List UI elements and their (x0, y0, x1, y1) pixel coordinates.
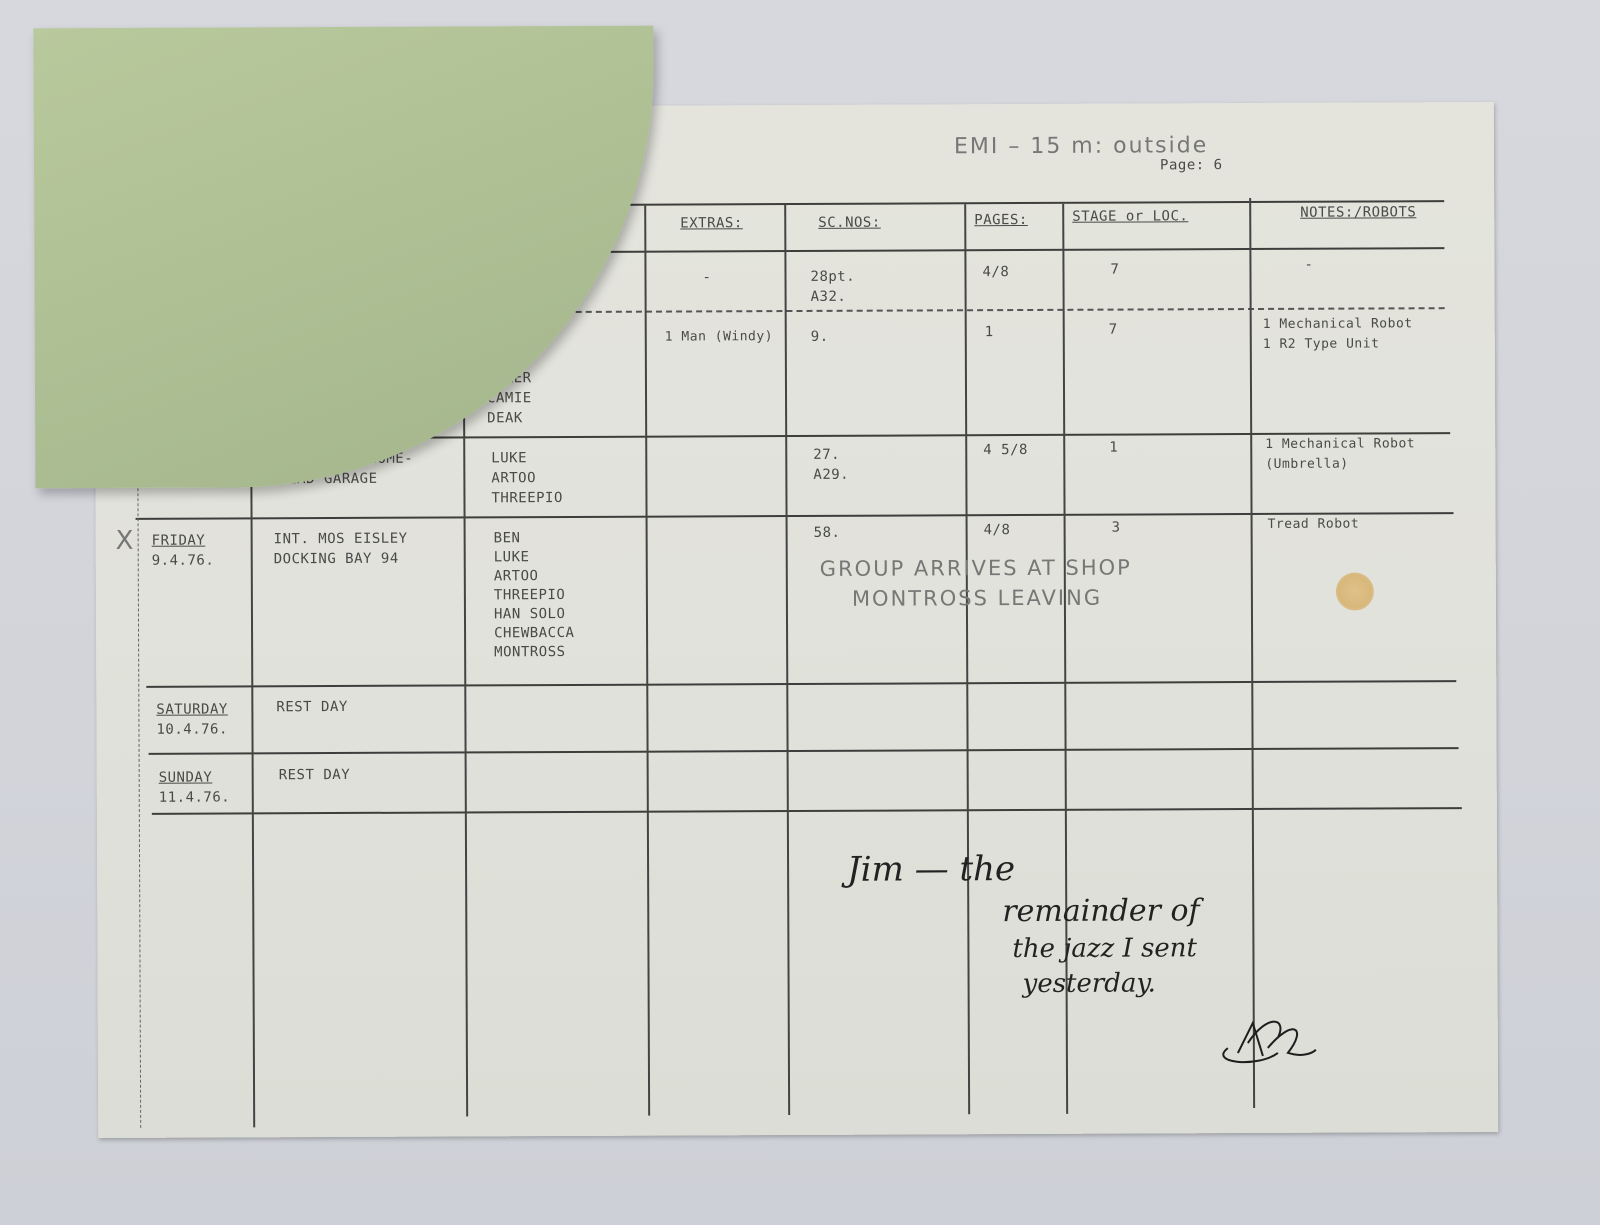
col-header-sc-nos: SC.NOS: (818, 213, 881, 233)
row-scene: 58. (814, 523, 841, 543)
row-stage: 7 (1110, 260, 1119, 280)
handwritten-scene-note: MONTROSS LEAVING (852, 586, 1102, 611)
row-character: THREEPIO (491, 488, 563, 508)
row-stage: 7 (1109, 320, 1118, 340)
row-day: SUNDAY (159, 768, 213, 788)
col-divider (1249, 198, 1254, 1108)
row-day: FRIDAY (152, 531, 206, 551)
row-pages: 4/8 (982, 262, 1009, 282)
row-scene: A32. (811, 287, 847, 307)
row-divider (152, 807, 1462, 815)
row-set: DOCKING BAY 94 (274, 549, 399, 570)
col-header-extras: EXTRAS: (680, 213, 743, 233)
row-set: REST DAY (276, 697, 348, 717)
row-stage: 3 (1112, 518, 1121, 538)
row-pages: 4 5/8 (983, 440, 1028, 460)
row-character: ARTOO (491, 468, 536, 488)
row-day: SATURDAY (156, 699, 228, 719)
col-divider (784, 205, 789, 1115)
row-notes: Tread Robot (1268, 515, 1360, 535)
row-character: BEN (494, 528, 521, 548)
col-header-pages: PAGES: (974, 210, 1028, 230)
row-pages: 4/8 (984, 520, 1011, 540)
row-stage: 1 (1109, 438, 1118, 458)
row-notes: 1 Mechanical Robot (1263, 314, 1413, 335)
row-notes: (Umbrella) (1265, 455, 1348, 475)
row-character: LUKE (494, 547, 530, 567)
row-divider (136, 512, 1454, 520)
row-set: INT. MOS EISLEY (274, 529, 408, 550)
row-character: DEAK (487, 408, 523, 428)
row-extras: 1 Man (Windy) (665, 327, 773, 347)
row-scene: 9. (811, 327, 829, 347)
col-header-notes: NOTES:/ROBOTS (1300, 202, 1416, 223)
row-divider (149, 747, 1459, 755)
schedule-sheet: NO.1. EMI – 15 m: outside Page: 6 SET: C… (94, 102, 1498, 1138)
row-character: THREEPIO (494, 585, 566, 605)
row-divider (146, 680, 1456, 688)
row-date: 9.4.76. (152, 551, 215, 571)
row-notes: 1 R2 Type Unit (1263, 334, 1380, 355)
handwritten-scene-note: GROUP ARRIVES AT SHOP (820, 556, 1132, 581)
row-pages: 1 (985, 322, 994, 342)
row-character: CHEWBACCA (494, 623, 574, 643)
row-notes: - (1304, 255, 1313, 275)
col-header-stage: STAGE or LOC. (1072, 206, 1188, 227)
margin-x-mark: X (116, 526, 134, 556)
message-line: remainder of (1002, 893, 1199, 929)
message-line: Jim — the (847, 849, 1015, 890)
row-scene: A29. (813, 465, 849, 485)
page-label: Page: 6 (1160, 155, 1223, 175)
row-set: REST DAY (279, 765, 351, 785)
message-line: yesterday. (1023, 968, 1156, 999)
row-scene: 27. (813, 445, 840, 465)
row-date: 11.4.76. (159, 787, 231, 807)
row-character: ARTOO (494, 566, 539, 586)
message-line: the jazz I sent (1012, 933, 1197, 964)
stain-mark (1336, 572, 1374, 610)
col-divider (644, 206, 649, 1116)
row-notes: 1 Mechanical Robot (1265, 434, 1415, 455)
folded-green-flap (33, 26, 655, 489)
signature-scribble (1208, 1008, 1318, 1068)
row-character: LUKE (491, 448, 527, 468)
row-scene: 28pt. (810, 267, 855, 287)
row-extras: - (702, 267, 711, 287)
row-date: 10.4.76. (156, 719, 228, 739)
col-divider (964, 204, 969, 1114)
row-character: HAN SOLO (494, 604, 566, 624)
row-character: MONTROSS (494, 642, 566, 662)
